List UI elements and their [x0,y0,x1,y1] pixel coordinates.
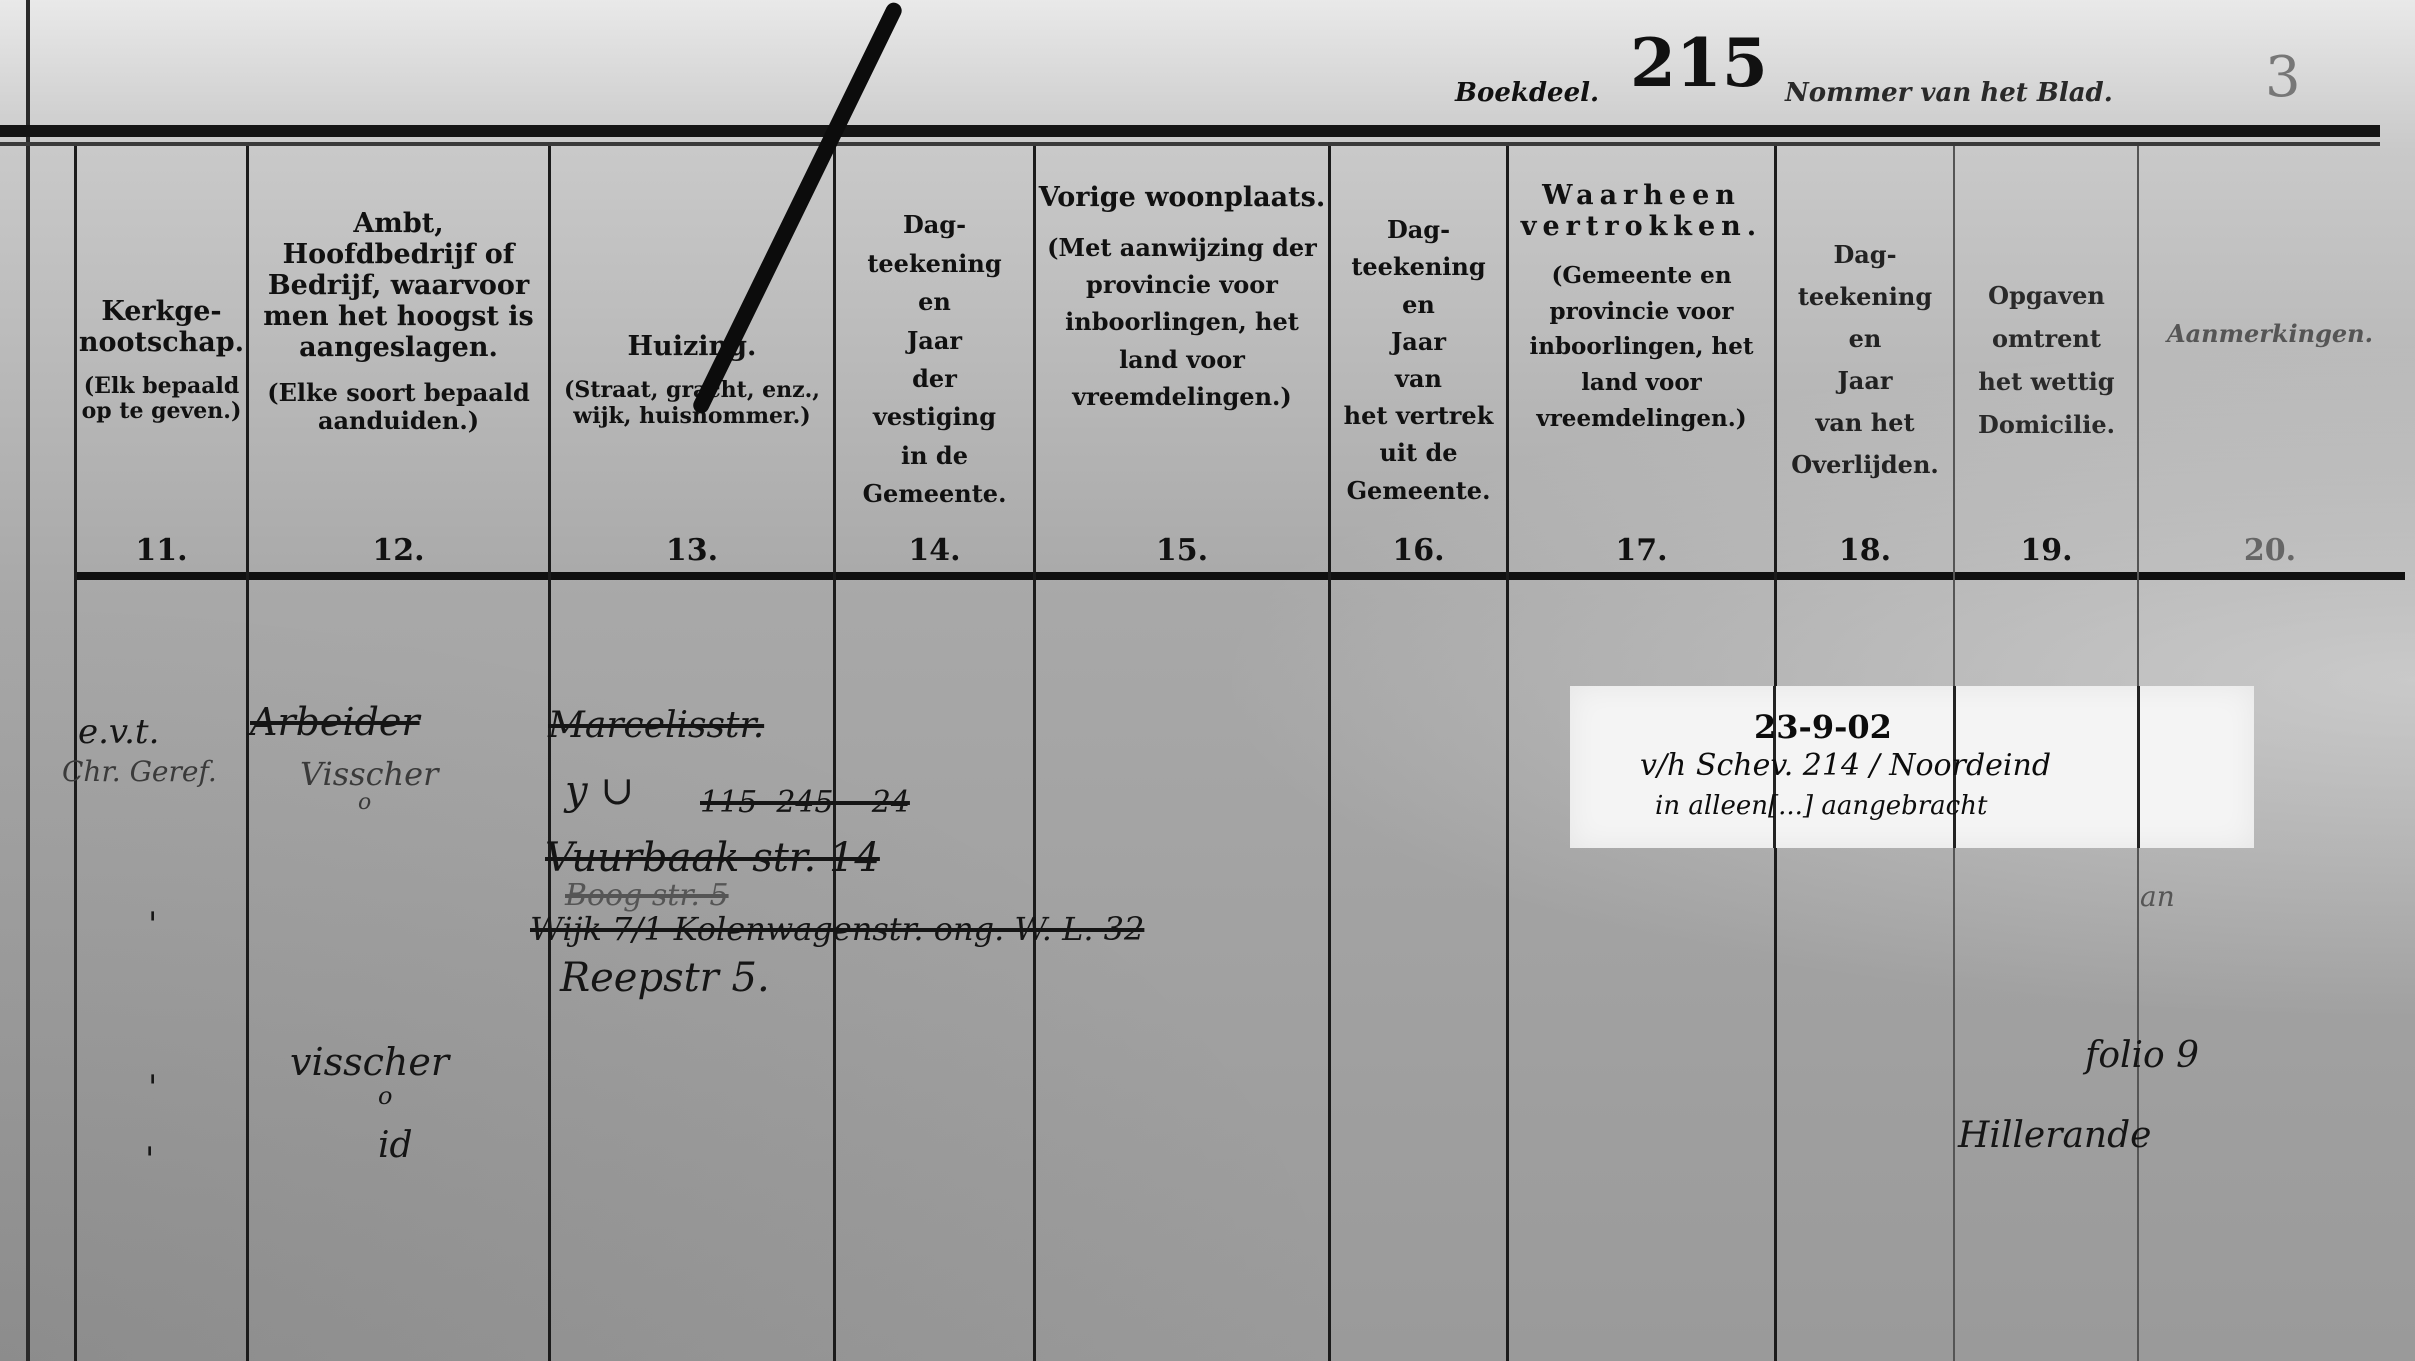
column-number: 14. [836,533,1033,568]
entry-col12-id: id [378,1125,413,1166]
entry-col12-mark: o [358,790,371,815]
column-subtitle: (Elke soort bepaald aanduiden.) [249,379,548,434]
pasted-correction-slip: 23-9-02 v/h Schev. 214 / Noordeind in al… [1570,686,2254,848]
column-title: Dag- teekening en Jaar der vestiging in … [863,206,1007,513]
column-number: 11. [77,533,246,568]
column-header-11: Kerkge- nootschap. (Elk bepaald op te ge… [77,150,246,570]
column-number: 12. [249,533,548,568]
column-title: Aanmerkingen. [2167,320,2373,348]
entry-col13-struck: Vuurbaak str. 14 [545,835,880,881]
entry-col13-mark: y ∪ [565,768,634,814]
entry-col11-line2: Chr. Geref. [62,755,217,788]
column-number: 15. [1036,533,1328,568]
column-title: Dag- teekening en Jaar van het Overlijde… [1791,234,1939,486]
column-number: 13. [551,533,833,568]
column-number: 18. [1777,533,1953,568]
blad-label: Nommer van het Blad. [1785,78,2113,108]
column-number: 19. [1956,533,2137,568]
column-header-19: Opgaven omtrent het wettig Domicilie. [1956,150,2137,570]
patch-line2: v/h Schev. 214 / Noordeind [1640,748,2051,783]
entry-col13-struck: Wijk 7/1 Kolenwagenstr. ong. W. L. 32 [530,910,1144,948]
entry-col12-mark: o [378,1082,392,1110]
entry-col13-current: Reepstr 5. [560,955,770,1001]
entry-col19-folio: folio 9 [2085,1035,2199,1076]
column-header-14: Dag- teekening en Jaar der vestiging in … [836,150,1033,570]
column-header-12: Ambt, Hoofdbedrijf of Bedrijf, waarvoor … [249,150,548,570]
header-rule [0,125,2380,137]
entry-col19-name: Hillerande [1958,1115,2151,1156]
entry-col12-line2: Visscher [300,755,438,793]
column-title: Kerkge- nootschap. [79,296,244,358]
entry-col20-note: an [2140,880,2175,913]
entry-col13-struck: 115 245 24 [700,785,910,820]
column-divider [2137,686,2140,848]
boekdeel-number: 215 [1630,24,1768,102]
column-header-17: Waarheen vertrokken. (Gemeente en provin… [1509,150,1774,570]
entry-col12-struck: Arbeider [250,700,420,744]
column-subtitle: (Gemeente en provincie voor inboorlingen… [1509,258,1774,436]
column-title: Waarheen vertrokken. [1509,180,1774,242]
entry-col12-line3: visscher [290,1040,449,1084]
page-edge-line [26,0,30,1361]
entry-col13-struck: Boog str. 5 [565,878,729,913]
column-number: 20. [2140,533,2400,568]
column-subtitle: (Met aanwijzing der provincie voor inboo… [1036,229,1328,415]
entry-col11-tick: ' [145,1140,154,1180]
blad-number: 3 [2265,45,2301,110]
header-rule-thin [0,142,2380,146]
column-number: 16. [1331,533,1506,568]
column-title: Dag- teekening en Jaar van het vertrek u… [1344,211,1494,509]
column-header-20: Aanmerkingen. [2140,150,2400,570]
column-title: Ambt, Hoofdbedrijf of Bedrijf, waarvoor … [249,208,548,363]
column-header-18: Dag- teekening en Jaar van het Overlijde… [1777,150,1953,570]
entry-col13-struck: Marcelisstr. [548,705,764,746]
column-title: Opgaven omtrent het wettig Domicilie. [1956,274,2137,447]
column-subtitle: (Elk bepaald op te geven.) [77,374,246,425]
column-title: Vorige woonplaats. [1039,182,1326,213]
column-header-15: Vorige woonplaats. (Met aanwijzing der p… [1036,150,1328,570]
column-number: 17. [1509,533,1774,568]
boekdeel-label: Boekdeel. [1455,78,1599,108]
entry-col11-tick: ' [148,905,157,945]
patch-line3: in alleen[...] aangebracht [1655,791,1987,821]
patch-date: 23-9-02 [1754,708,1892,746]
column-header-rule [75,572,2405,580]
column-header-16: Dag- teekening en Jaar van het vertrek u… [1331,150,1506,570]
entry-col11-line1: e.v.t. [78,712,159,752]
entry-col11-tick: ' [148,1068,157,1108]
